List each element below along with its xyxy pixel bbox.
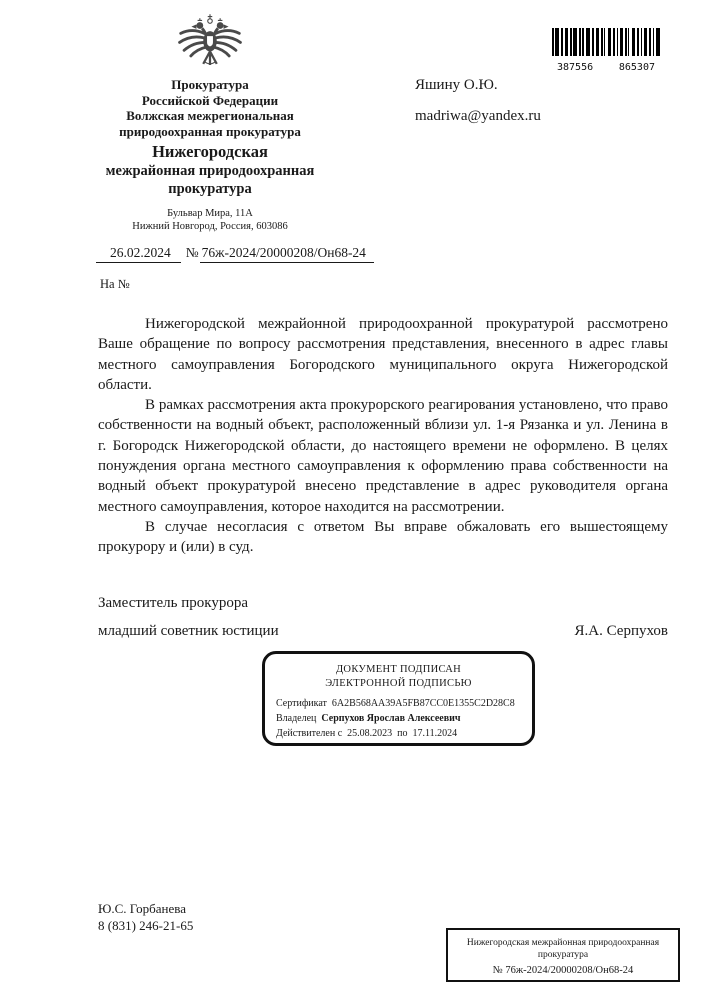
letter-body: Нижегородской межрайонной природоохранно… [98,314,668,558]
org-parent-line: природоохранная прокуратура [70,124,350,140]
org-name: Нижегородская [70,142,350,162]
barcode: 387556 865307 [552,28,660,73]
signature-row: младший советник юстиции Я.А. Серпухов [98,623,668,640]
org-parent-line: Прокуратура [70,77,350,93]
certificate-value: 6A2B568AA39A5FB87CC0E1355C2D28C8 [332,698,515,709]
valid-to: 17.11.2024 [413,728,458,739]
barcode-digits-left: 387556 [557,62,593,73]
signer-position-line2: младший советник юстиции [98,623,279,640]
recipient-name: Яшину О.Ю. [415,77,541,94]
letter-date: 26.02.2024 [96,245,181,263]
body-paragraph: В рамках рассмотрения акта прокурорского… [98,395,668,517]
outgoing-number-line: 26.02.2024№76ж-2024/20000208/Он68-24 [96,245,374,263]
org-parent-line: Волжская межрегиональная [70,108,350,124]
executor-block: Ю.С. Горбанева 8 (831) 246-21-65 [98,901,193,934]
signer-position-line1: Заместитель прокурора [98,595,248,612]
barcode-digits-right: 865307 [619,62,655,73]
executor-name: Ю.С. Горбанева [98,901,193,918]
org-parent-line: Российской Федерации [70,93,350,109]
valid-from: 25.08.2023 [347,728,392,739]
executor-phone: 8 (831) 246-21-65 [98,918,193,935]
registration-stamp-number: № 76ж-2024/20000208/Он68-24 [448,965,678,977]
letter-page: Прокуратура Российской Федерации Волжска… [0,0,706,1000]
stamp-owner-line: ВладелецСерпухов Ярослав Алексеевич [276,711,532,726]
recipient-block: Яшину О.Ю. madriwa@yandex.ru [415,77,541,125]
stamp-title-line1: ДОКУМЕНТ ПОДПИСАН [265,663,532,677]
registration-stamp: Нижегородская межрайонная природоохранна… [446,928,680,982]
number-sign: № [186,245,199,260]
registration-stamp-org-line2: прокуратура [448,949,678,961]
owner-value: Серпухов Ярослав Алексеевич [321,713,460,724]
letter-number: 76ж-2024/20000208/Он68-24 [200,245,374,263]
in-reply-label: На № [100,277,130,292]
org-address-line: Нижний Новгород, Россия, 603086 [70,220,350,233]
e-signature-stamp: ДОКУМЕНТ ПОДПИСАН ЭЛЕКТРОННОЙ ПОДПИСЬЮ С… [262,651,535,746]
body-paragraph: Нижегородской межрайонной природоохранно… [98,314,668,395]
barcode-bars-icon [552,28,660,56]
letterhead-org-block: Прокуратура Российской Федерации Волжска… [70,77,350,233]
recipient-email: madriwa@yandex.ru [415,108,541,125]
org-address-line: Бульвар Мира, 11А [70,207,350,220]
signer-name: Я.А. Серпухов [575,623,668,640]
body-paragraph: В случае несогласия с ответом Вы вправе … [98,517,668,558]
stamp-title-line2: ЭЛЕКТРОННОЙ ПОДПИСЬЮ [265,677,532,691]
registration-stamp-org-line1: Нижегородская межрайонная природоохранна… [448,937,678,949]
stamp-certificate-line: Сертификат6A2B568AA39A5FB87CC0E1355C2D28… [276,696,532,711]
org-name: межрайонная природоохранная [70,162,350,180]
stamp-validity-line: Действителен с25.08.2023по17.11.2024 [276,726,532,741]
coat-of-arms-icon [176,12,244,74]
org-name: прокуратура [70,180,350,198]
